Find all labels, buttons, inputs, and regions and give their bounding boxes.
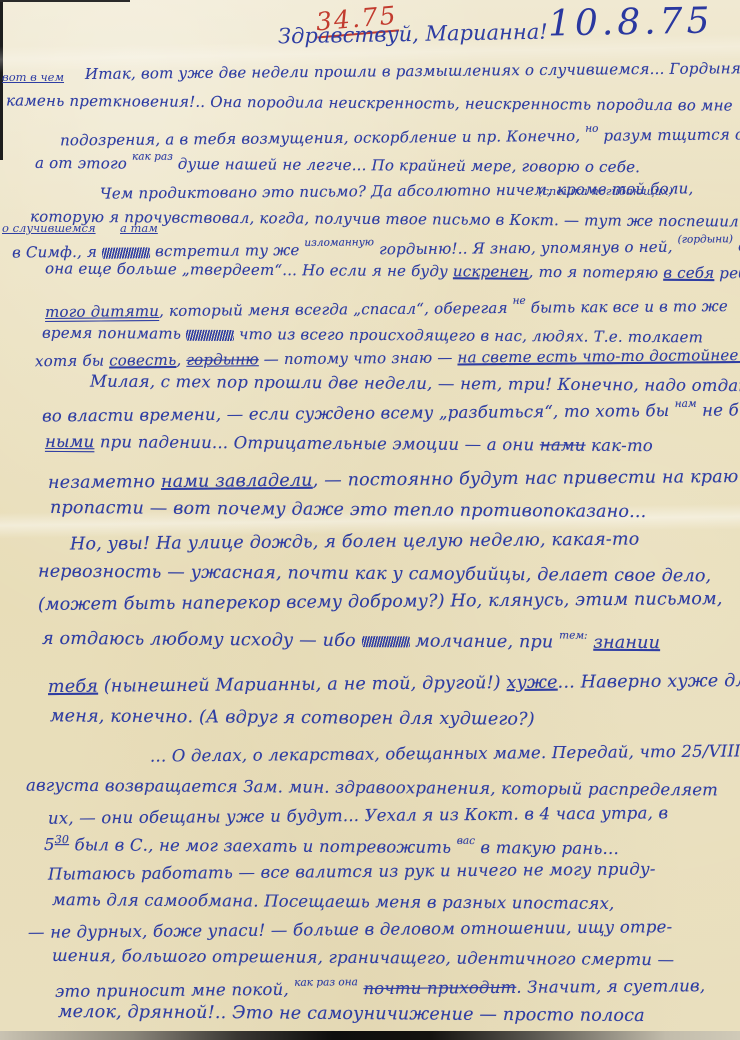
letter-line-29: — не дурных, боже упаси! — больше в дело…: [28, 917, 672, 942]
letter-line-1: Итак, вот уже две недели прошли в размыш…: [85, 59, 740, 83]
letter-date: 10.8.75: [548, 1, 714, 45]
letter-line-11: хотя бы совесть, гордыню — потому что зн…: [35, 346, 740, 370]
letter-line-24: августа возвращается Зам. мин. здравоохр…: [26, 776, 718, 800]
scan-bottom-strip: [0, 1031, 740, 1040]
scanned-letter-page: 34.75 10.8.75 Здравствуй, Марианна! вот …: [0, 0, 740, 1040]
letter-line-5: Чем продиктовано это письмо? Да абсолютн…: [100, 179, 694, 202]
letter-line-10: время понимать что из всего происходящег…: [42, 324, 703, 347]
letter-line-2: камень преткновения!.. Она породила неис…: [6, 91, 733, 114]
letter-line-20: я отдаюсь любому исходу — ибо молчание, …: [42, 626, 660, 653]
letter-line-19: (может быть наперекор всему доброму?) Но…: [38, 589, 723, 615]
margin-insert-left: вот в чем: [2, 70, 64, 84]
letter-line-9: того дитяти, который меня всегда „спасал…: [45, 293, 728, 321]
letter-line-22: меня, конечно. (А вдруг я сотворен для х…: [50, 706, 535, 729]
letter-greeting: Здравствуй, Марианна!: [278, 20, 548, 49]
letter-line-25: их, — они обещаны уже и будут... Уехал я…: [48, 803, 668, 827]
letter-line-23: ... О делах, о лекарствах, обещанных мам…: [150, 741, 740, 765]
letter-line-21: тебя (нынешней Марианны, а не той, друго…: [48, 671, 740, 697]
scan-edge-top: [0, 0, 130, 2]
letter-line-13: во власти времени, — если суждено всему …: [42, 397, 740, 426]
letter-line-26: 530 был в С., не мог заехать и потревожи…: [44, 832, 619, 858]
letter-line-16: пропасти — вот почему даже это тепло про…: [50, 498, 647, 522]
letter-line-8: она еще больше „твердеет“... Но если я н…: [45, 259, 740, 282]
letter-line-17: Но, увы! На улице дождь, я болен целую н…: [70, 530, 640, 555]
letter-line-31: это приносит мне покой, как раз она почт…: [55, 973, 705, 1001]
letter-line-15: незаметно нами завладели, — постоянно бу…: [48, 467, 739, 493]
letter-line-7: в Симф., я встретил ту же изломанную гор…: [12, 232, 740, 261]
letter-line-12: Милая, с тех пор прошли две недели, — не…: [90, 372, 740, 396]
letter-line-32: мелок, дрянной!.. Это не самоуничижение …: [58, 1002, 645, 1026]
letter-line-14: ными при падении... Отрицательные эмоции…: [45, 432, 653, 455]
letter-line-18: нервозность — ужасная, почти как у самоу…: [38, 562, 711, 587]
letter-line-3: подозрения, а в тебя возмущения, оскорбл…: [60, 121, 740, 150]
letter-line-30: шения, большого отрешения, граничащего, …: [52, 946, 674, 969]
letter-line-4: а от этого как раз душе нашей не легче..…: [35, 150, 640, 176]
letter-line-27: Пытаюсь работать — все валится из рук и …: [48, 859, 656, 883]
letter-line-28: мать для самообмана. Посещаешь меня в ра…: [52, 890, 615, 913]
